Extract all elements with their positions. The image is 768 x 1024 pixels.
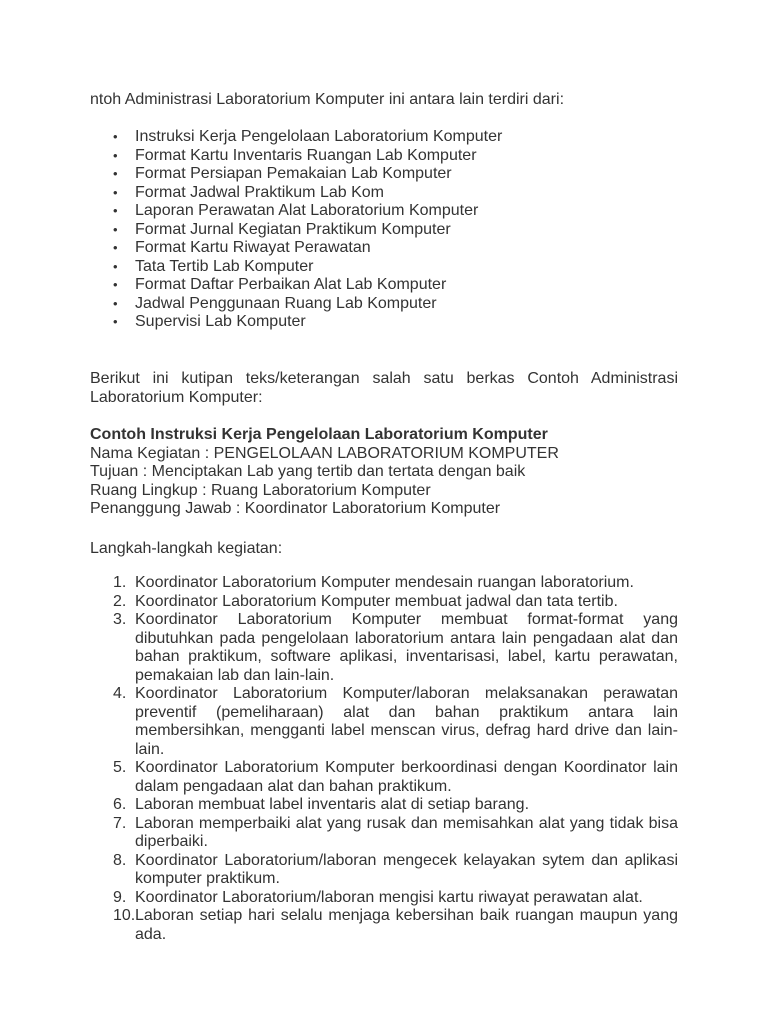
list-item-text: Tata Tertib Lab Komputer [135, 258, 313, 277]
step-item: 9.Koordinator Laboratorium/laboran mengi… [0, 889, 543, 908]
bullet-icon: • [113, 313, 118, 332]
step-text: Laboran memperbaiki alat yang rusak dan … [135, 815, 678, 852]
step-text: Koordinator Laboratorium Komputer membua… [135, 593, 678, 612]
list-item-text: Laporan Perawatan Alat Laboratorium Komp… [135, 202, 478, 221]
step-text: Koordinator Laboratorium Komputer berkoo… [135, 759, 678, 796]
step-number: 1. [113, 574, 126, 593]
step-text: Laboran membuat label inventaris alat di… [135, 796, 678, 815]
step-number: 2. [113, 593, 126, 612]
step-text: Koordinator Laboratorium Komputer membua… [135, 611, 678, 685]
list-item-text: Format Jadwal Praktikum Lab Kom [135, 184, 384, 203]
bullet-icon: • [113, 221, 118, 240]
list-item-text: Supervisi Lab Komputer [135, 313, 306, 332]
step-text: Koordinator Laboratorium/laboran mengisi… [135, 889, 678, 908]
work-instruction-meta: Contoh Instruksi Kerja Pengelolaan Labor… [90, 426, 559, 519]
step-text: Koordinator Laboratorium Komputer mendes… [135, 574, 678, 593]
bullet-icon: • [113, 165, 118, 184]
document-page: ntoh Administrasi Laboratorium Komputer … [0, 0, 768, 1024]
meta-person-in-charge: Penanggung Jawab : Koordinator Laborator… [90, 500, 559, 519]
step-number: 6. [113, 796, 126, 815]
bullet-icon: • [113, 276, 118, 295]
step-item: 2.Koordinator Laboratorium Komputer memb… [0, 593, 543, 612]
step-text: Koordinator Laboratorium/laboran mengece… [135, 852, 678, 889]
step-number: 8. [113, 852, 126, 871]
steps-title: Langkah-langkah kegiatan: [90, 540, 282, 559]
bullet-icon: • [113, 147, 118, 166]
list-item-text: Jadwal Penggunaan Ruang Lab Komputer [135, 295, 437, 314]
bullet-icon: • [113, 239, 118, 258]
bullet-icon: • [113, 184, 118, 203]
meta-activity-name: Nama Kegiatan : PENGELOLAAN LABORATORIUM… [90, 445, 559, 464]
step-number: 4. [113, 685, 126, 704]
step-text: Laboran setiap hari selalu menjaga keber… [135, 907, 678, 944]
step-item: 5.Koordinator Laboratorium Komputer berk… [0, 759, 543, 796]
paragraph-line: Berikut ini kutipan teks/keterangan sala… [90, 369, 678, 388]
bullet-icon: • [113, 258, 118, 277]
list-item-text: Format Kartu Riwayat Perawatan [135, 239, 371, 258]
intro-paragraph: Berikut ini kutipan teks/keterangan sala… [90, 369, 678, 407]
step-item: 10.Laboran setiap hari selalu menjaga ke… [0, 907, 543, 944]
step-number: 5. [113, 759, 126, 778]
paragraph-line: Laboratorium Komputer: [90, 389, 263, 406]
step-text: Koordinator Laboratorium Komputer/labora… [135, 685, 678, 759]
step-item: 7.Laboran memperbaiki alat yang rusak da… [0, 815, 543, 852]
list-item-text: Format Daftar Perbaikan Alat Lab Kompute… [135, 276, 446, 295]
list-item-text: Format Persiapan Pemakaian Lab Komputer [135, 165, 452, 184]
step-item: 1.Koordinator Laboratorium Komputer mend… [0, 574, 543, 593]
list-item-text: Instruksi Kerja Pengelolaan Laboratorium… [135, 128, 502, 147]
bullet-icon: • [113, 202, 118, 221]
meta-scope: Ruang Lingkup : Ruang Laboratorium Kompu… [90, 482, 559, 501]
step-number: 3. [113, 611, 126, 630]
list-item-text: Format Jurnal Kegiatan Praktikum Kompute… [135, 221, 451, 240]
meta-objective: Tujuan : Menciptakan Lab yang tertib dan… [90, 463, 559, 482]
step-number: 9. [113, 889, 126, 908]
step-number: 7. [113, 815, 126, 834]
list-item-text: Format Kartu Inventaris Ruangan Lab Komp… [135, 147, 477, 166]
bullet-icon: • [113, 128, 118, 147]
step-item: 6.Laboran membuat label inventaris alat … [0, 796, 543, 815]
step-item: 4.Koordinator Laboratorium Komputer/labo… [0, 685, 543, 759]
step-item: 8.Koordinator Laboratorium/laboran menge… [0, 852, 543, 889]
section-heading: Contoh Instruksi Kerja Pengelolaan Labor… [90, 426, 559, 445]
steps-list: 1.Koordinator Laboratorium Komputer mend… [0, 574, 543, 944]
step-item: 3.Koordinator Laboratorium Komputer memb… [0, 611, 543, 685]
bullet-icon: • [113, 295, 118, 314]
step-number: 10. [113, 907, 135, 926]
intro-text: ntoh Administrasi Laboratorium Komputer … [90, 91, 564, 110]
